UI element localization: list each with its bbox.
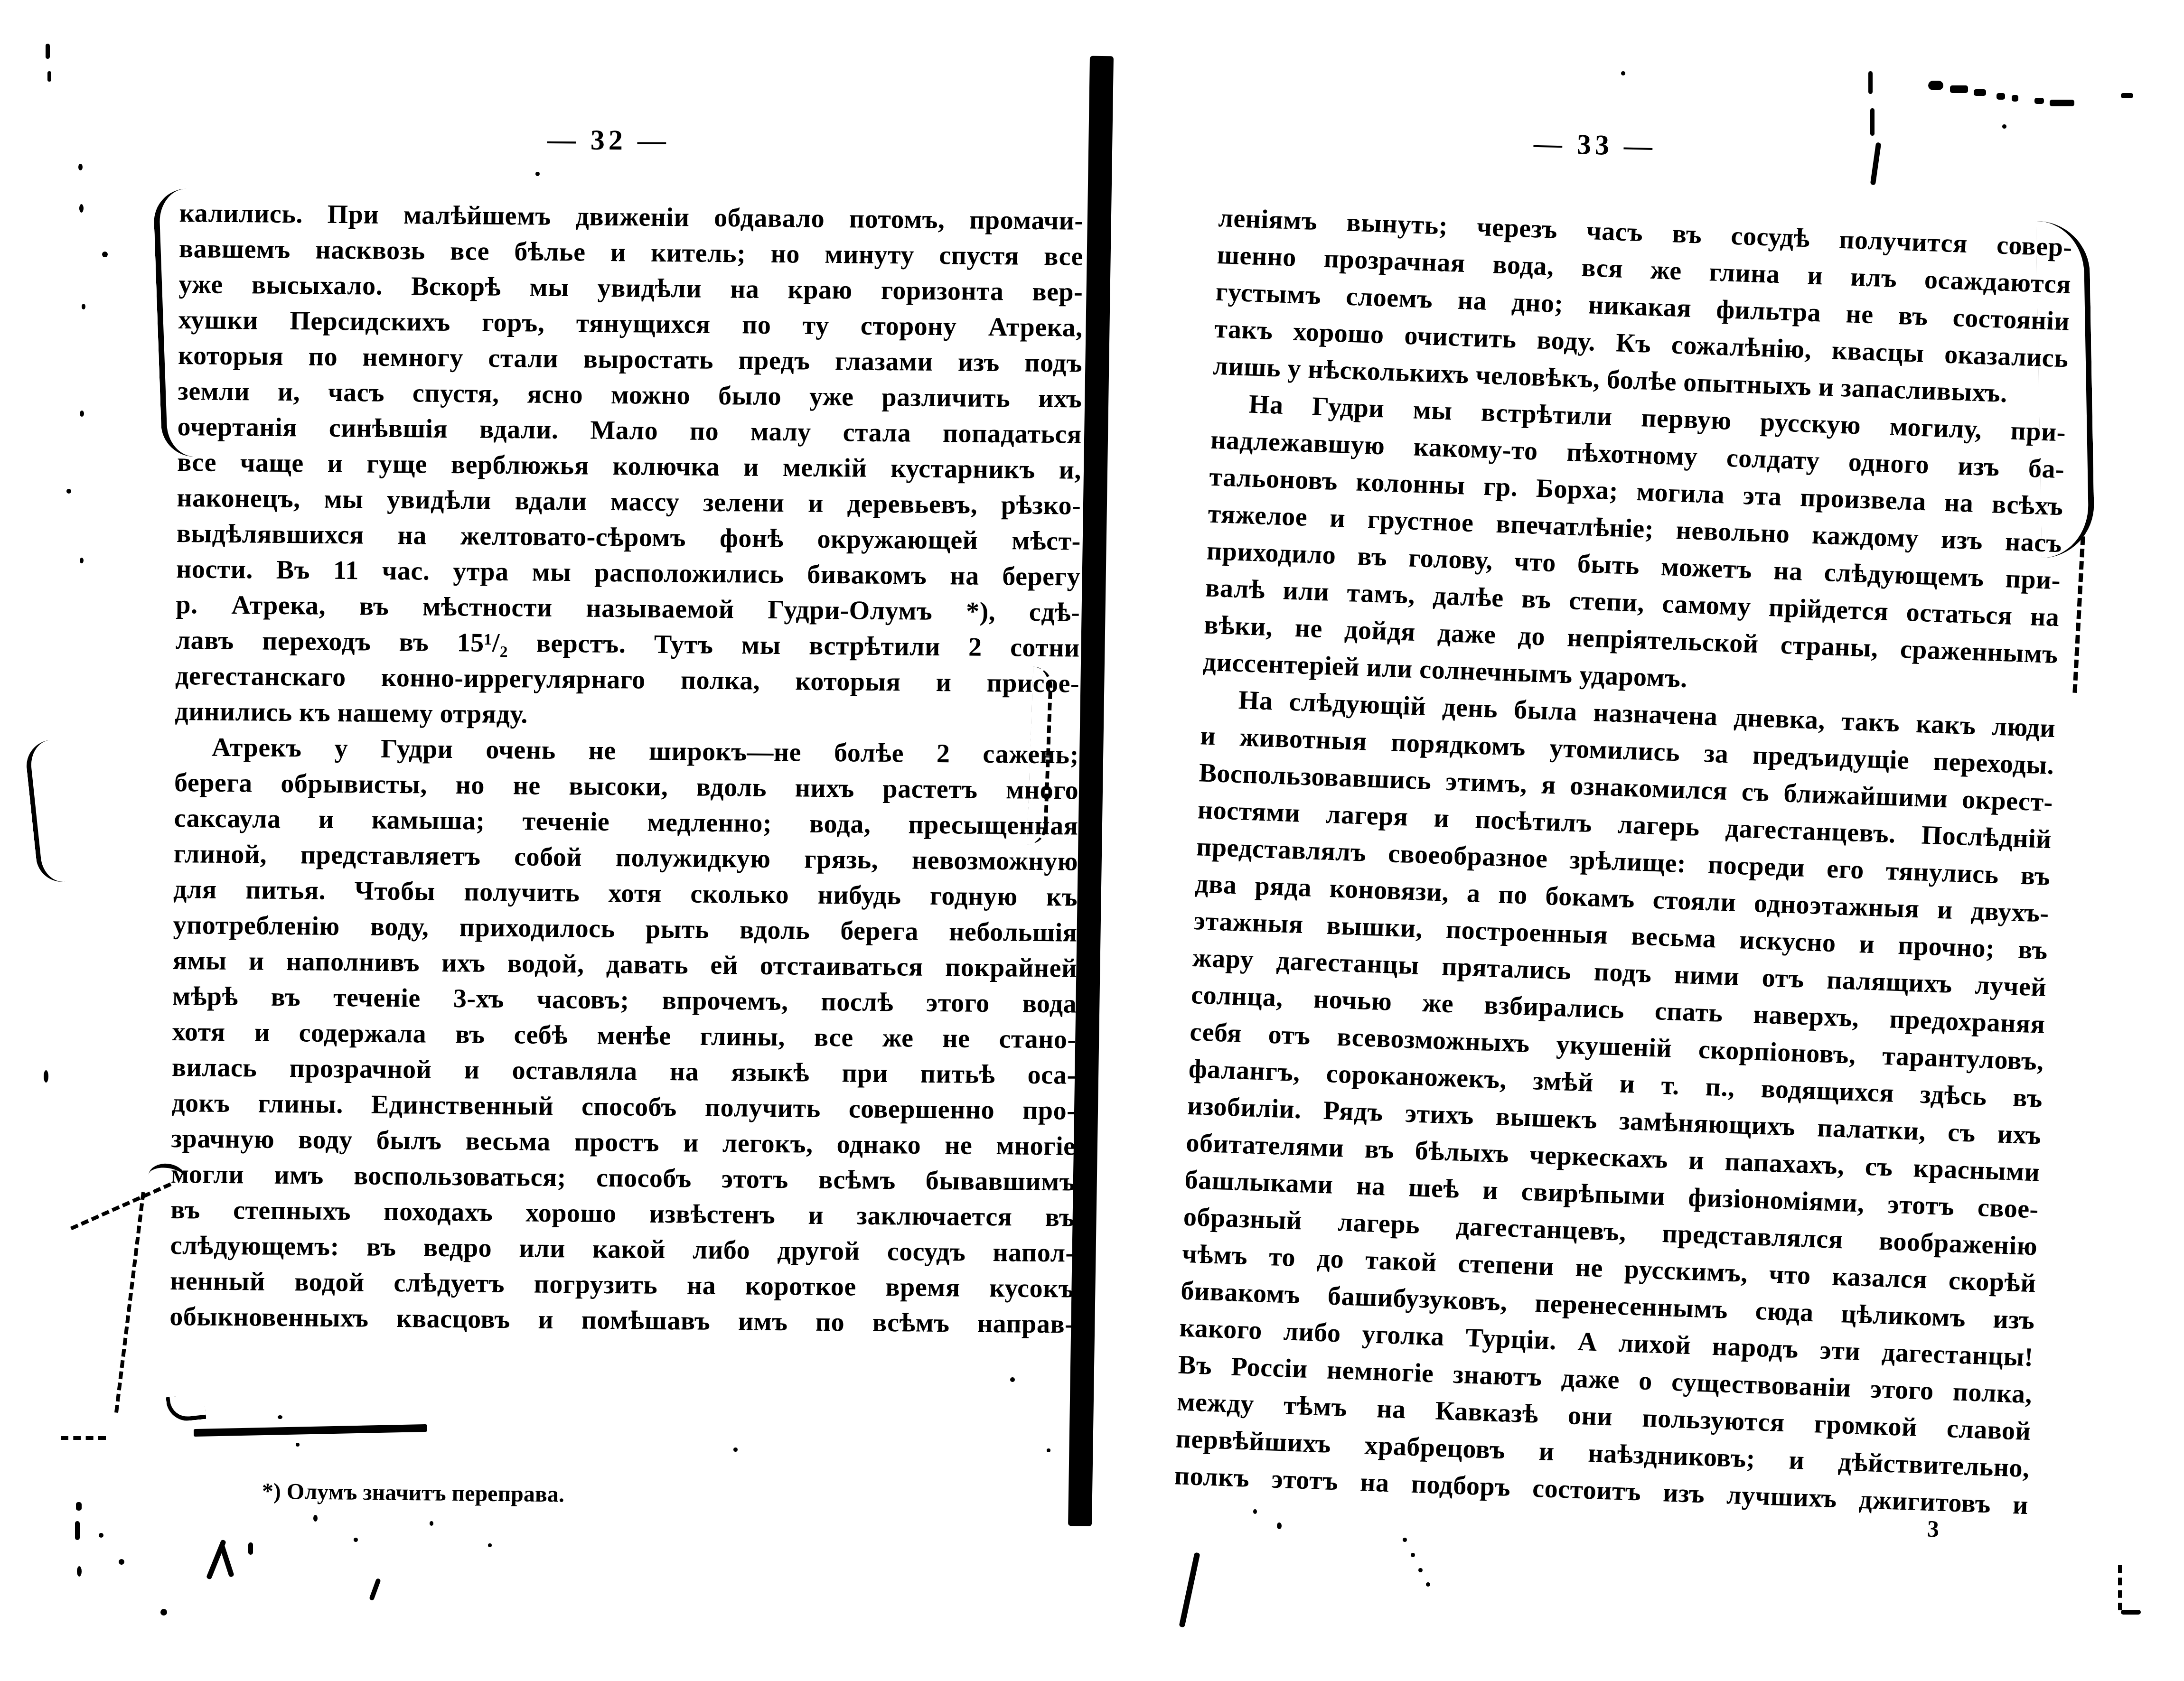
margin-curve-artifact <box>153 188 210 458</box>
text-line: обыкновенныхъ квасцовъ и помѣшавъ имъ по… <box>169 1299 1074 1343</box>
scan-speck <box>1621 71 1625 75</box>
scan-speck <box>79 204 84 213</box>
scan-speck <box>369 1578 381 1601</box>
scan-speck <box>1870 142 1881 186</box>
scan-speck <box>78 164 83 170</box>
scan-speck <box>1179 1552 1200 1628</box>
page-curl-artifact <box>2072 536 2085 693</box>
scan-speck <box>296 1443 300 1447</box>
scan-speck <box>354 1538 358 1542</box>
scan-speck <box>1426 1582 1430 1587</box>
scan-speck <box>160 1609 167 1616</box>
scan-speck <box>1403 1538 1407 1542</box>
scan-speck <box>1870 108 1875 136</box>
scan-speck <box>47 71 51 82</box>
scan-speck <box>488 1543 492 1547</box>
scan-speck <box>99 1533 103 1538</box>
scan-speck <box>1047 1448 1050 1452</box>
margin-curve-artifact <box>24 739 78 885</box>
scan-speck <box>278 1415 282 1419</box>
scan-speck <box>2002 124 2006 129</box>
scan-speck <box>1974 89 1986 96</box>
scan-speck <box>1010 1377 1015 1382</box>
page-curl-artifact <box>2036 220 2095 558</box>
scan-speck <box>1411 1553 1415 1557</box>
book-scan: — 32 — — 33 — калились. При малѣйшемъ дв… <box>0 0 2184 1681</box>
scan-speck <box>2050 100 2074 106</box>
page-number-header-32: — 32 — <box>504 123 713 156</box>
scan-speck <box>77 1566 82 1577</box>
scan-speck <box>1277 1522 1282 1529</box>
scan-speck <box>313 1515 318 1522</box>
scan-speck <box>80 411 84 417</box>
right-page-text: леніямъ вынуть; черезъ часъ въ сосудѣ по… <box>1174 199 2073 1524</box>
scan-speck <box>46 44 50 59</box>
scan-speck <box>2121 93 2133 98</box>
scan-speck <box>1418 1568 1423 1572</box>
scan-speck <box>119 1559 124 1565</box>
scan-speck <box>1928 81 1943 90</box>
pencil-bracket-artifact <box>61 1436 106 1440</box>
signature-mark: 3 <box>1927 1515 1940 1543</box>
scan-speck <box>219 1543 234 1578</box>
scan-speck <box>76 1502 82 1511</box>
scan-speck <box>535 172 540 176</box>
scan-speck <box>2034 98 2044 104</box>
scan-speck <box>1253 1509 1257 1514</box>
footnote-separator-rule <box>194 1424 427 1437</box>
scan-speck <box>82 304 85 309</box>
scan-speck <box>44 1070 48 1083</box>
crop-mark <box>2118 1565 2122 1610</box>
scan-speck <box>430 1521 433 1526</box>
footnote-text: *) Олумъ значитъ переправа. <box>262 1478 564 1508</box>
scan-speck <box>733 1448 738 1452</box>
scan-speck <box>1868 71 1873 94</box>
pencil-bracket-artifact <box>114 1192 145 1413</box>
scan-speck <box>1950 85 1968 93</box>
scan-speck <box>75 1521 80 1540</box>
left-page-text: калились. При малѣйшемъ движеніи обдавал… <box>169 196 1084 1343</box>
scan-speck <box>102 252 108 257</box>
scan-speck <box>248 1542 253 1555</box>
page-number-header-33: — 33 — <box>1490 127 1699 163</box>
scan-speck <box>66 489 71 494</box>
pencil-bracket-artifact <box>166 1393 206 1423</box>
scan-speck <box>80 558 84 563</box>
scan-speck <box>2012 95 2018 102</box>
scan-speck <box>1997 93 2005 100</box>
crop-mark <box>2121 1610 2141 1615</box>
